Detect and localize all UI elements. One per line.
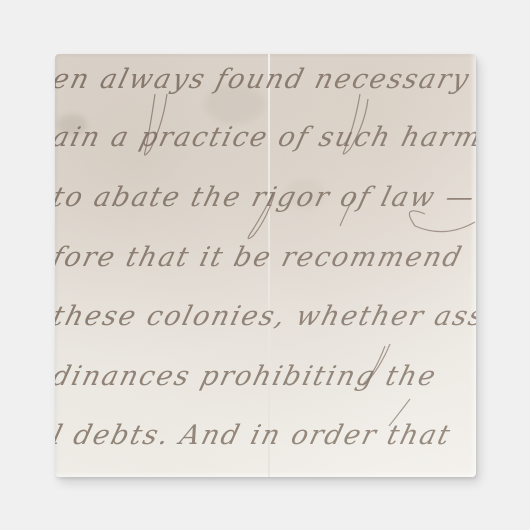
script-line: dinances prohibiting the — [55, 361, 440, 392]
script-line: l debts. And in order that — [55, 420, 455, 451]
script-line: these colonies, whether asse — [55, 301, 476, 332]
product-tile: en always found necessary ain a practice… — [55, 54, 476, 477]
script-line: ain a practice of such harm — [55, 122, 476, 153]
script-line: en always found necessary — [55, 64, 474, 95]
script-line: to abate the rigor of law — — [55, 182, 476, 213]
script-line: fore that it be recommend — [55, 242, 466, 273]
